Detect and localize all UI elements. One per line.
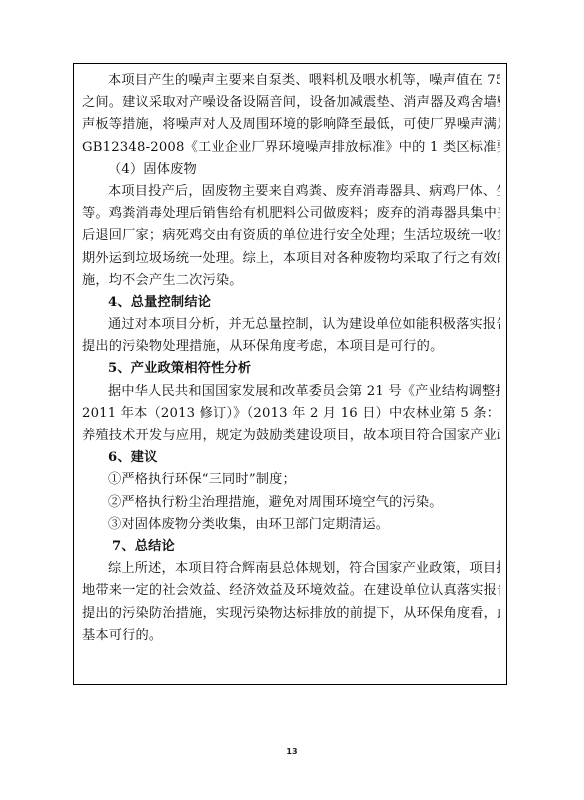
text-line: 等。鸡粪消毒处理后销售给有机肥料公司做废料；废弃的消毒器具集中妥善保管 — [82, 203, 500, 225]
text-line: 2011 年本（2013 修订）》（2013 年 2 月 16 日）中农林业第 … — [82, 403, 500, 425]
text-line: 提出的污染防治措施，实现污染物达标排放的前提下，从环保角度看，此项目是 — [82, 603, 500, 625]
conclusion-heading: 7、总结论 — [82, 536, 500, 558]
total-control-heading: 4、总量控制结论 — [82, 292, 500, 314]
solid-waste-subheading: （4）固体废物 — [82, 159, 500, 181]
suggestions-list: ①严格执行环保“三同时”制度； ②严格执行粉尘治理措施，避免对周围环境空气的污染… — [82, 469, 500, 536]
suggestions-heading: 6、建议 — [82, 447, 500, 469]
text-line: 提出的污染物处理措施，从环保角度考虑，本项目是可行的。 — [82, 336, 500, 358]
suggestion-item: ①严格执行环保“三同时”制度； — [82, 469, 500, 491]
text-line: 本项目投产后，固废物主要来自鸡粪、废弃消毒器具、病鸡尸体、生活垃圾 — [82, 181, 500, 203]
text-line: 地带来一定的社会效益、经济效益及环境效益。在建设单位认真落实报告表中所 — [82, 580, 500, 602]
text-line: 后退回厂家；病死鸡交由有资质的单位进行安全处理；生活垃圾统一收集后，定 — [82, 225, 500, 247]
total-control-paragraph: 通过对本项目分析，并无总量控制，认为建设单位如能积极落实报告表中所 提出的污染物… — [82, 314, 500, 358]
suggestion-item: ②严格执行粉尘治理措施，避免对周围环境空气的污染。 — [82, 492, 500, 514]
industrial-policy-heading: 5、产业政策相符性分析 — [82, 358, 500, 380]
industrial-policy-paragraph: 据中华人民共和国国家发展和改革委员会第 21 号《产业结构调整指导目录 2011… — [82, 381, 500, 448]
text-line: GB12348-2008《工业企业厂界环境噪声排放标准》中的 1 类区标准要求 — [82, 137, 500, 159]
text-line: 基本可行的。 — [82, 625, 500, 647]
noise-paragraph: 本项目产生的噪声主要来自泵类、喂料机及喂水机等，噪声值在 75-100dB(A)… — [82, 70, 500, 159]
text-line: 通过对本项目分析，并无总量控制，认为建设单位如能积极落实报告表中所 — [82, 314, 500, 336]
page-number: 13 — [0, 747, 584, 756]
text-line: 据中华人民共和国国家发展和改革委员会第 21 号《产业结构调整指导目录 — [82, 381, 500, 403]
document-content-box: 本项目产生的噪声主要来自泵类、喂料机及喂水机等，噪声值在 75-100dB(A)… — [73, 63, 507, 685]
suggestion-item: ③对固体废物分类收集，由环卫部门定期清运。 — [82, 514, 500, 536]
text-line: 综上所述，本项目符合辉南县总体规划，符合国家产业政策，项目投产将给当 — [82, 558, 500, 580]
text-line: 声板等措施，将噪声对人及周围环境的影响降至最低，可使厂界噪声满足 — [82, 114, 500, 136]
text-line: 养殖技术开发与应用，规定为鼓励类建设项目，故本项目符合国家产业政策要求。 — [82, 425, 500, 447]
solid-waste-paragraph: 本项目投产后，固废物主要来自鸡粪、废弃消毒器具、病鸡尸体、生活垃圾 等。鸡粪消毒… — [82, 181, 500, 292]
text-line: 本项目产生的噪声主要来自泵类、喂料机及喂水机等，噪声值在 75-100dB(A) — [82, 70, 500, 92]
text-line: 期外运到垃圾场统一处理。综上，本项目对各种废物均采取了行之有效的处理措 — [82, 248, 500, 270]
text-line: 施，均不会产生二次污染。 — [82, 270, 500, 292]
conclusion-paragraph: 综上所述，本项目符合辉南县总体规划，符合国家产业政策，项目投产将给当 地带来一定… — [82, 558, 500, 647]
text-line: 之间。建议采取对产噪设备设隔音间，设备加减震垫、消声器及鸡舍墙壁安装隔 — [82, 92, 500, 114]
